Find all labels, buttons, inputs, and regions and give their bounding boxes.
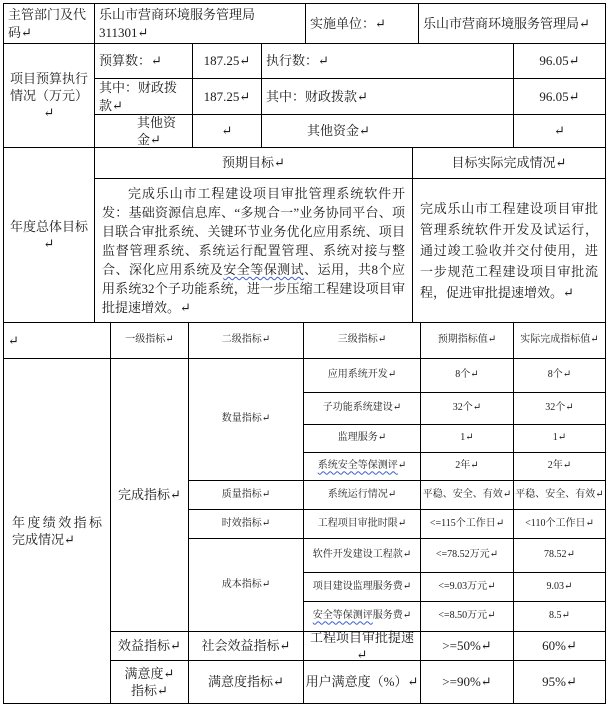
- cell-r8-expected: <=9.03万元↵: [420, 572, 514, 602]
- cell-r6-expected: <=115个工作日↵: [420, 509, 514, 539]
- cell-exec-label: 执行数：↵: [261, 43, 514, 79]
- actual-value: <110个工作日↵: [525, 518, 594, 531]
- cell-implementer-value: 乐山市营商环境服务管理局↵: [418, 3, 606, 44]
- expected-value: <=9.03万元↵: [438, 581, 495, 594]
- cell-actual-goal-text: 完成乐山市工程建设项目审批管理系统软件开发及试运行，通过竣工验收并交付使用，进一…: [412, 178, 606, 323]
- cell-r6-actual: <110个工作日↵: [513, 509, 606, 539]
- cell-expected-goal-header: 预期目标↵: [94, 147, 413, 179]
- cell-r4-actual: 2年↵: [513, 452, 606, 481]
- actual-value: 78.52↵: [544, 549, 575, 562]
- actual-value: 32个↵: [545, 402, 573, 415]
- cell-benefit-expected: >=50%↵: [420, 631, 514, 661]
- exec-label: 执行数：↵: [266, 52, 329, 69]
- cell-complete-indicator: 完成指标↵: [110, 358, 189, 632]
- actual-value: 60%↵: [542, 637, 577, 654]
- indicator-name: 项目建设监理服务费↵: [313, 581, 411, 594]
- indicator-name: 工程项目审批时限↵: [318, 518, 406, 531]
- expected-value: <=78.52万元↵: [436, 549, 498, 562]
- expected-value: 8个↵: [455, 369, 478, 382]
- cell-satisfaction-l2: 满意度指标↵: [188, 660, 304, 704]
- other-funds-label-right: 其他资金↵: [307, 122, 370, 139]
- expected-value: >=90%↵: [442, 673, 491, 690]
- exec-value: 96.05↵: [539, 52, 579, 69]
- cell-quantity-indicator: 数量指标↵: [188, 358, 304, 481]
- cell-other-label-left: 其他资金↵: [94, 114, 193, 148]
- cell-r4-expected: 2年↵: [420, 452, 514, 481]
- fiscal-value-left: 187.25↵: [204, 88, 251, 105]
- cell-fiscal-value-right: 96.05↵: [513, 78, 606, 115]
- perf-section-label: 年度绩效指标 完成情况↵: [12, 514, 102, 548]
- expected-value: <=8.50万元↵: [438, 610, 495, 623]
- cell-benefit-l1: 效益指标↵: [110, 631, 189, 661]
- indicator-name: 安全等保测评服务费↵: [313, 610, 411, 623]
- quantity-indicator-label: 数量指标↵: [222, 413, 270, 426]
- cell-r5-expected: 平稳、安全、有效↵: [420, 480, 514, 510]
- cell-implementer-label: 实施单位：↵: [305, 3, 419, 44]
- cell-r5-name: 系统运行情况↵: [303, 480, 421, 510]
- header-level2: 二级指标↵: [222, 334, 270, 347]
- cell-r3-expected: 1↵: [420, 424, 514, 453]
- cell-fiscal-label-right: 其中：财政拨款↵: [261, 78, 514, 115]
- other-funds-value-right: ↵: [554, 122, 565, 139]
- satisfaction-indicator-label: 满意度↵ 指标↵: [125, 665, 175, 699]
- other-funds-label-left: 其他资金↵: [137, 114, 188, 148]
- header-actual-value: 实际完成指标值↵: [520, 334, 598, 347]
- other-funds-value-left: ↵: [222, 122, 233, 139]
- social-benefit-label: 社会效益指标↵: [202, 637, 291, 654]
- cell-r4-name: 系统安全等保测评↵: [303, 452, 421, 481]
- cell-header-actual: 实际完成指标值↵: [513, 322, 606, 359]
- cell-benefit-l3: 工程项目审批提速↵: [303, 631, 421, 661]
- header-expected-value: 预期指标值↵: [438, 334, 496, 347]
- indicator-name: 用户满意度（%）↵: [306, 673, 419, 690]
- indicator-name: 系统运行情况↵: [328, 489, 396, 502]
- cell-r9-name: 安全等保测评服务费↵: [303, 601, 421, 632]
- performance-report-table: 主管部门及代码↵ 乐山市营商环境服务管理局 311301↵ 实施单位：↵ 乐山市…: [0, 0, 610, 706]
- cell-perf-corner: ↵: [3, 322, 111, 359]
- expected-value: 32个↵: [453, 402, 481, 415]
- actual-value: 2年↵: [548, 460, 571, 473]
- cell-fiscal-value-left: 187.25↵: [192, 78, 262, 115]
- header-level3: 三级指标↵: [338, 334, 386, 347]
- budget-label: 预算数：↵: [99, 52, 162, 69]
- expected-goal-header: 预期目标↵: [222, 154, 285, 171]
- complete-indicator-label: 完成指标↵: [118, 486, 181, 503]
- cell-exec-value: 96.05↵: [513, 43, 606, 79]
- satisfaction-l2-label: 满意度指标↵: [208, 673, 284, 690]
- budget-section-label: 项目预算执行情况（万元）↵: [8, 70, 90, 121]
- indicator-name: 监理服务↵: [338, 432, 386, 445]
- expected-value: 平稳、安全、有效↵: [423, 489, 511, 502]
- cell-r2-actual: 32个↵: [513, 392, 606, 425]
- indicator-name: 系统安全等保测评↵: [318, 460, 406, 473]
- cell-quality-indicator: 质量指标↵: [188, 480, 304, 510]
- cell-r3-name: 监理服务↵: [303, 424, 421, 453]
- cell-r3-actual: 1↵: [513, 424, 606, 453]
- cell-satisfaction-expected: >=90%↵: [420, 660, 514, 704]
- cell-header-level3: 三级指标↵: [303, 322, 421, 359]
- cell-r1-expected: 8个↵: [420, 358, 514, 393]
- fiscal-label-left: 其中：财政拨款↵: [99, 79, 188, 113]
- spellcheck-wavy-underline: 系统安全等保测评: [318, 460, 398, 471]
- time-indicator-label: 时效指标↵: [222, 518, 270, 531]
- cell-header-level1: 一级指标↵: [110, 322, 189, 359]
- actual-value: 9.03↵: [547, 581, 573, 594]
- expected-value: >=50%↵: [442, 637, 491, 654]
- actual-value: 8.5↵: [549, 610, 570, 623]
- cell-satisfaction-l1: 满意度↵ 指标↵: [110, 660, 189, 704]
- cell-cost-indicator: 成本指标↵: [188, 538, 304, 632]
- cell-r7-actual: 78.52↵: [513, 538, 606, 573]
- cell-r7-name: 软件开发建设工程款↵: [303, 538, 421, 573]
- quality-indicator-label: 质量指标↵: [222, 489, 270, 502]
- pilcrow-mark: ↵: [8, 332, 19, 349]
- expected-value: 1↵: [460, 432, 473, 445]
- actual-value: 95%↵: [542, 673, 577, 690]
- cell-supervisor-label: 主管部门及代码↵: [3, 3, 95, 44]
- cell-header-level2: 二级指标↵: [188, 322, 304, 359]
- fiscal-label-right: 其中：财政拨款↵: [266, 88, 368, 105]
- cell-budget-value: 187.25↵: [192, 43, 262, 79]
- implementer-value: 乐山市营商环境服务管理局↵: [423, 15, 590, 32]
- cell-satisfaction-actual: 95%↵: [513, 660, 606, 704]
- cell-goal-section-label: 年度总体目标↵: [3, 147, 95, 323]
- cell-other-value-right: ↵: [513, 114, 606, 148]
- cell-header-expected: 预期指标值↵: [420, 322, 514, 359]
- cell-perf-section-label: 年度绩效指标 完成情况↵: [3, 358, 111, 704]
- expected-value: <=115个工作日↵: [430, 518, 504, 531]
- cell-other-label-right: 其他资金↵: [261, 114, 514, 148]
- cell-other-value-left: ↵: [192, 114, 262, 148]
- cell-time-indicator: 时效指标↵: [188, 509, 304, 539]
- cell-budget-section-label: 项目预算执行情况（万元）↵: [3, 43, 95, 148]
- fiscal-value-right: 96.05↵: [539, 88, 579, 105]
- header-level1: 一级指标↵: [125, 334, 173, 347]
- cell-r8-name: 项目建设监理服务费↵: [303, 572, 421, 602]
- cell-r6-name: 工程项目审批时限↵: [303, 509, 421, 539]
- cell-r1-name: 应用系统开发↵: [303, 358, 421, 393]
- cell-satisfaction-l3: 用户满意度（%）↵: [303, 660, 421, 704]
- actual-value: 8个↵: [548, 369, 571, 382]
- actual-value: 1↵: [553, 432, 566, 445]
- actual-goal-text: 完成乐山市工程建设项目审批管理系统软件开发及试运行，通过竣工验收并交付使用，进一…: [420, 198, 598, 303]
- benefit-indicator-label: 效益指标↵: [118, 637, 181, 654]
- cell-benefit-actual: 60%↵: [513, 631, 606, 661]
- cell-r5-actual: 平稳、安全、有效↵: [513, 480, 606, 510]
- cell-actual-goal-header: 目标实际完成情况↵: [412, 147, 606, 179]
- cell-r2-expected: 32个↵: [420, 392, 514, 425]
- budget-value: 187.25↵: [204, 52, 251, 69]
- indicator-name: 子功能系统建设↵: [323, 402, 401, 415]
- expected-value: 2年↵: [455, 460, 478, 473]
- cost-indicator-label: 成本指标↵: [222, 579, 270, 592]
- indicator-name: 工程项目审批提速↵: [305, 629, 419, 663]
- indicator-name: 应用系统开发↵: [328, 369, 396, 382]
- cell-r2-name: 子功能系统建设↵: [303, 392, 421, 425]
- goal-section-label: 年度总体目标↵: [8, 218, 90, 252]
- actual-value: 平稳、安全、有效↵: [515, 489, 603, 502]
- cell-benefit-l2: 社会效益指标↵: [188, 631, 304, 661]
- cell-expected-goal-text: 完成乐山市工程建设项目审批管理系统软件开发：基础资源信息库、“多规合一”业务协同…: [94, 178, 413, 323]
- cell-r9-actual: 8.5↵: [513, 601, 606, 632]
- cell-r9-expected: <=8.50万元↵: [420, 601, 514, 632]
- supervisor-label: 主管部门及代码↵: [8, 6, 90, 40]
- indicator-name: 软件开发建设工程款↵: [313, 549, 411, 562]
- expected-goal-text: 完成乐山市工程建设项目审批管理系统软件开发：基础资源信息库、“多规合一”业务协同…: [102, 184, 405, 317]
- cell-r7-expected: <=78.52万元↵: [420, 538, 514, 573]
- actual-goal-header: 目标实际完成情况↵: [452, 154, 567, 171]
- spellcheck-wavy-underline: 安全等保测评: [313, 610, 373, 621]
- supervisor-value: 乐山市营商环境服务管理局 311301↵: [99, 6, 255, 40]
- cell-r8-actual: 9.03↵: [513, 572, 606, 602]
- cell-r1-actual: 8个↵: [513, 358, 606, 393]
- spellcheck-wavy-underline: 安全等保测试: [223, 262, 304, 277]
- cell-budget-label: 预算数：↵: [94, 43, 193, 79]
- cell-fiscal-label-left: 其中：财政拨款↵: [94, 78, 193, 115]
- cell-supervisor-value: 乐山市营商环境服务管理局 311301↵: [94, 3, 306, 44]
- implementer-label: 实施单位：↵: [310, 15, 386, 32]
